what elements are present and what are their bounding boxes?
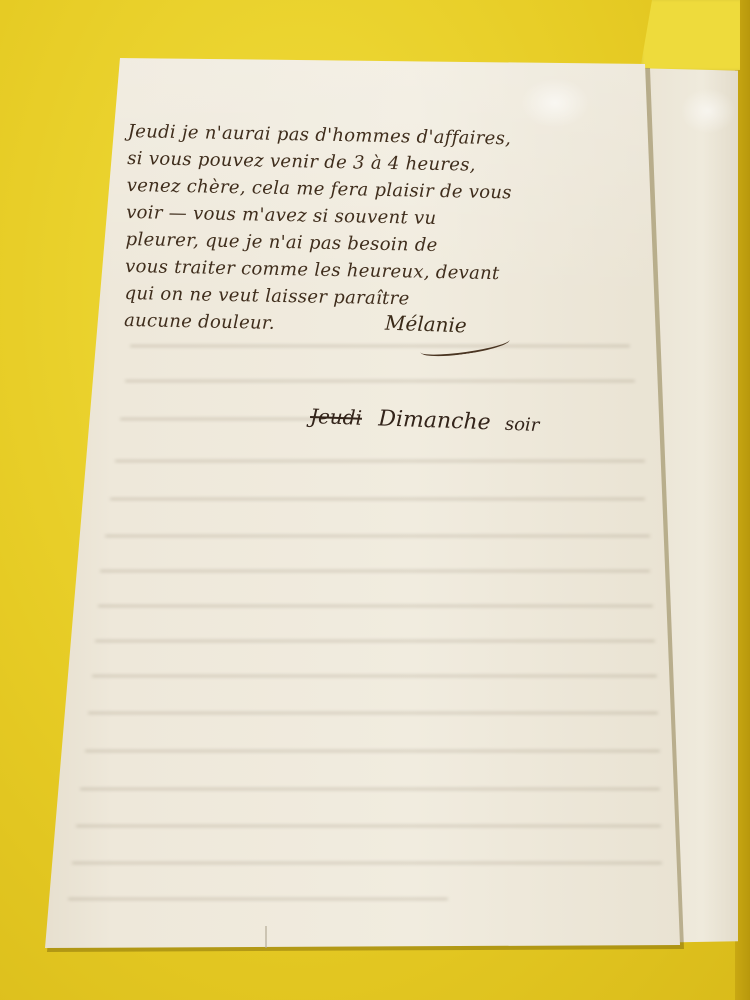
embossed-seal-mark (520, 78, 590, 128)
date-day: Dimanche (378, 406, 491, 435)
struck-date: Jeudi (310, 404, 363, 430)
embossed-seal-mark (680, 88, 736, 134)
paper-tear (265, 926, 267, 948)
date-suffix: soir (505, 414, 540, 436)
background-paper-fold (640, 0, 740, 70)
signature: Mélanie (385, 311, 468, 338)
